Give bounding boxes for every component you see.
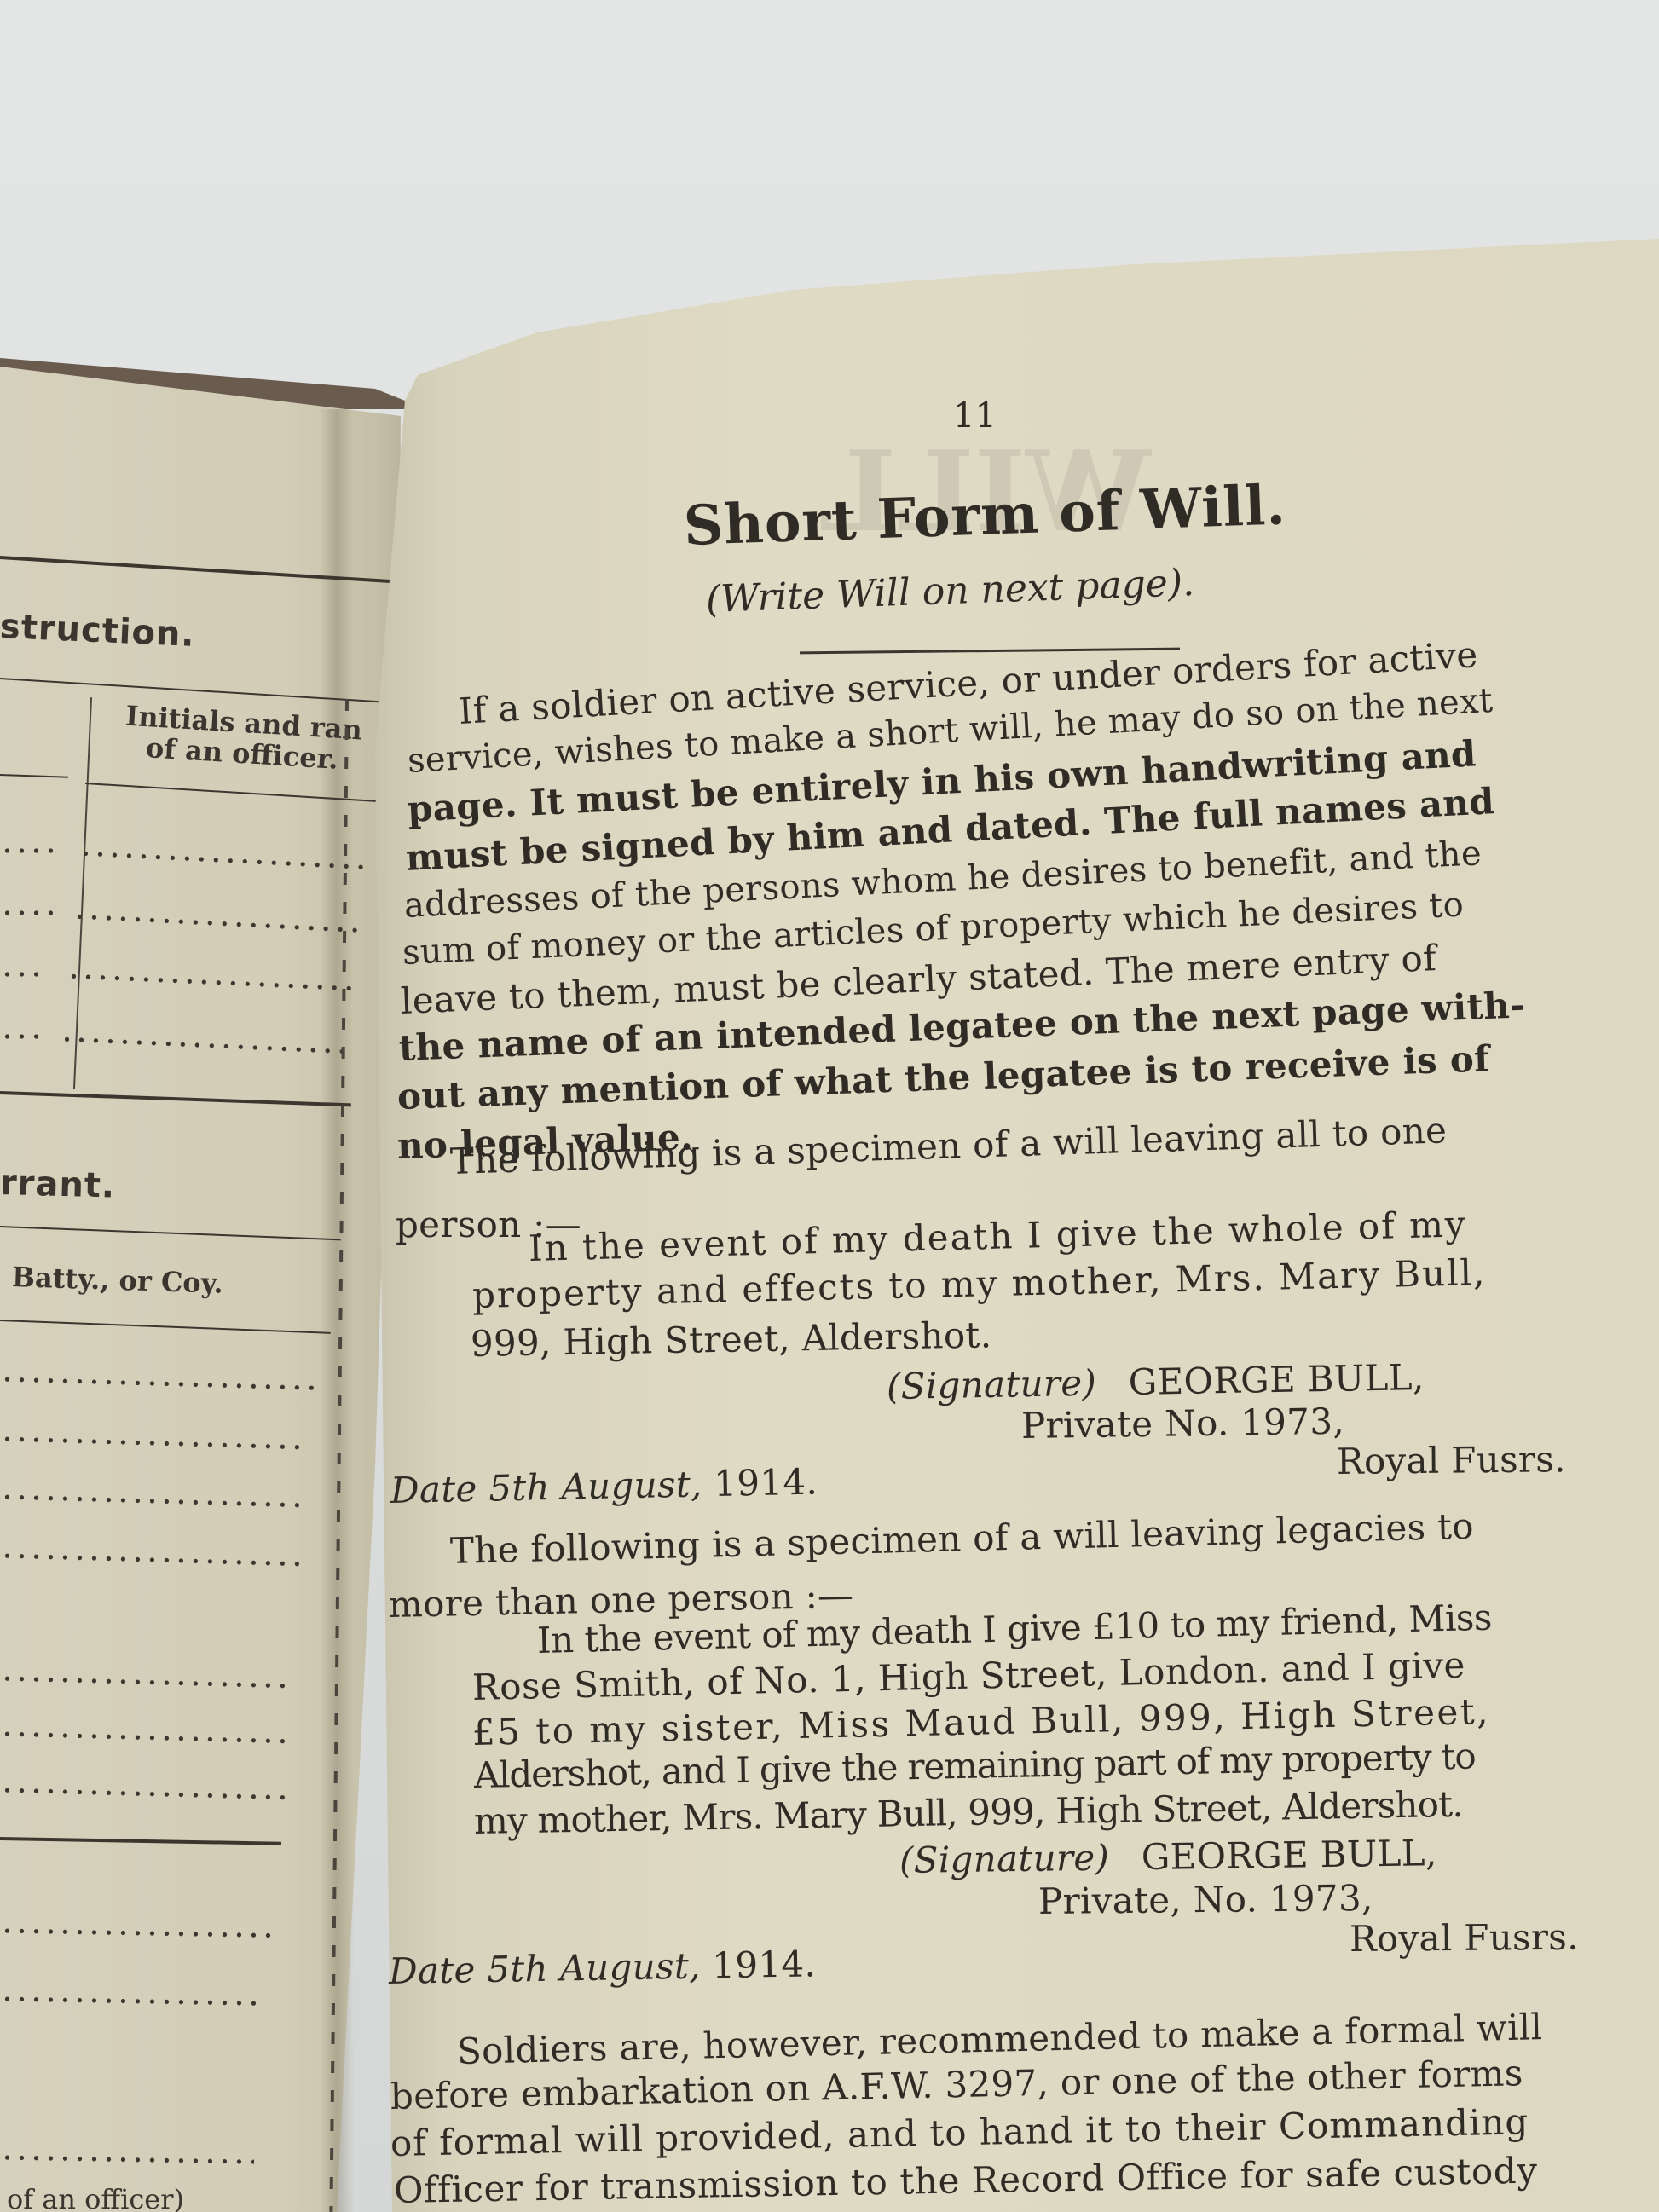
specimen-date: Date 5th August, 1914. (390, 1461, 818, 1511)
left-column-header-batty: Batty., or Coy. (11, 1262, 223, 1299)
date-year: 1914. (712, 1943, 817, 1986)
date-year: 1914. (714, 1461, 818, 1505)
signature-name: GEORGE BULL, (1141, 1832, 1436, 1878)
left-footer-fragment: of an officer) (7, 2184, 184, 2212)
signature-rank: Private, No. 1973, (1038, 1877, 1373, 1922)
signature-name: GEORGE BULL, (1128, 1356, 1425, 1403)
date-label: Date 5th August, (390, 1463, 702, 1511)
signature-regiment: Royal Fusrs. (1350, 1916, 1579, 1960)
date-label: Date 5th August, (389, 1945, 702, 1992)
gutter-shadow (320, 409, 354, 2212)
signature-regiment: Royal Fusrs. (1337, 1438, 1566, 1482)
signature-label: (Signature) (899, 1837, 1110, 1881)
signature-label: (Signature) (887, 1362, 1097, 1407)
page-number: 11 (953, 396, 997, 436)
signature-rank: Private No. 1973, (1021, 1401, 1345, 1447)
specimen-date: Date 5th August, 1914. (389, 1943, 817, 1992)
left-dotted-row (0, 1034, 41, 1039)
left-section-heading-1: struction. (0, 607, 196, 655)
left-dotted-row (0, 848, 60, 853)
left-dotted-row (0, 910, 53, 915)
left-section-heading-2: rrant. (0, 1164, 116, 1206)
signature-block: (Signature) GEORGE BULL, (899, 1832, 1437, 1881)
left-dotted-row (0, 972, 47, 977)
